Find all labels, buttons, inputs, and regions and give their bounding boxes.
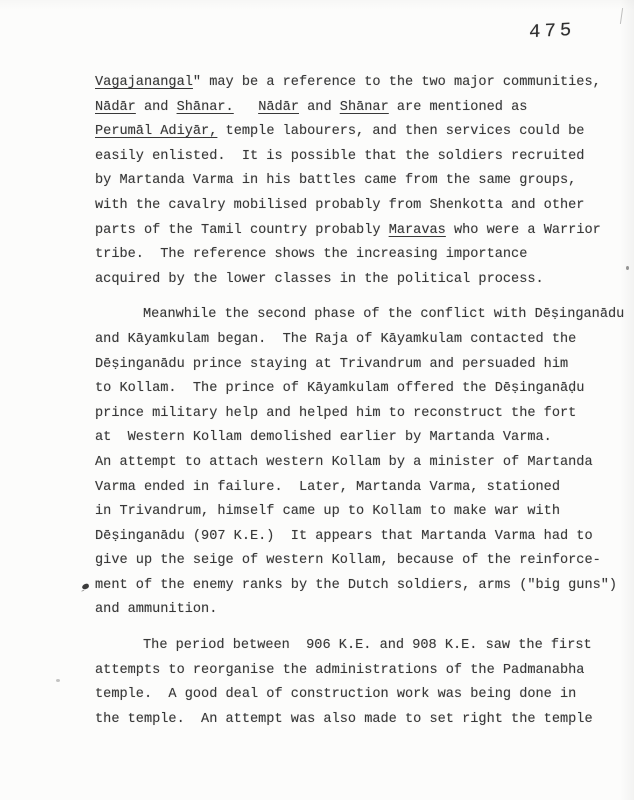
scratch-artifact <box>620 8 623 24</box>
text-run: tribe. The reference shows the increasin… <box>95 247 527 262</box>
text-run: at Western Kollam demolished earlier by … <box>95 430 552 445</box>
underlined-term: Vagajanangal <box>95 75 193 90</box>
text-run: with the cavalry mobilised probably from… <box>95 198 584 213</box>
text-run: " may be a reference to the two major co… <box>193 75 601 90</box>
text-line: Varma ended in failure. Later, Martanda … <box>95 476 630 501</box>
text-run: and <box>299 100 340 115</box>
text-line: attempts to reorganise the administratio… <box>95 659 630 684</box>
text-run: to Kollam. The prince of Kāyamkulam offe… <box>95 381 584 396</box>
text-run: in Trivandrum, himself came up to Kollam… <box>95 504 560 519</box>
text-run: parts of the Tamil country probably <box>95 223 389 238</box>
document-page: 475 Vagajanangal" may be a reference to … <box>0 0 634 800</box>
text-line: to Kollam. The prince of Kāyamkulam offe… <box>95 377 630 402</box>
text-line: acquired by the lower classes in the pol… <box>95 268 630 293</box>
text-line: temple. A good deal of construction work… <box>95 683 630 708</box>
text-run <box>234 100 258 115</box>
text-run: The period between 906 K.E. and 908 K.E.… <box>143 638 592 653</box>
underlined-term: Maravas <box>389 223 446 238</box>
text-line: Meanwhile the second phase of the confli… <box>95 303 630 328</box>
text-line: and Kāyamkulam began. The Raja of Kāyamk… <box>95 328 630 353</box>
paragraph: Vagajanangal" may be a reference to the … <box>95 71 630 292</box>
underlined-term: Nādār <box>95 100 136 115</box>
text-line: Perumāl Adiyār, temple labourers, and th… <box>95 120 630 145</box>
text-line: An attempt to attach western Kollam by a… <box>95 451 630 476</box>
text-run: Dēṣinganādu (907 K.E.) It appears that M… <box>95 529 593 544</box>
text-run: easily enlisted. It is possible that the… <box>95 149 584 164</box>
text-line: prince military help and helped him to r… <box>95 402 630 427</box>
text-line: and ammunition. <box>95 598 630 623</box>
text-run: temple. A good deal of construction work… <box>95 687 576 702</box>
paragraph: Meanwhile the second phase of the confli… <box>95 303 630 623</box>
text-run: prince military help and helped him to r… <box>95 406 576 421</box>
text-run: are mentioned as <box>389 100 528 115</box>
page-number: 475 <box>529 19 576 43</box>
ink-dot-artifact <box>56 679 60 682</box>
text-run: and ammunition. <box>95 602 217 617</box>
text-line: Dēṣinganādu (907 K.E.) It appears that M… <box>95 525 630 550</box>
text-line: Nādār and Shānar. Nādār and Shānar are m… <box>95 96 630 121</box>
text-run: attempts to reorganise the administratio… <box>95 663 584 678</box>
paragraph: The period between 906 K.E. and 908 K.E.… <box>95 634 630 732</box>
text-run: acquired by the lower classes in the pol… <box>95 272 544 287</box>
text-run: give up the seige of western Kollam, bec… <box>95 553 601 568</box>
text-run: temple labourers, and then services coul… <box>217 124 584 139</box>
text-line: in Trivandrum, himself came up to Kollam… <box>95 500 630 525</box>
text-run: Dēṣinganādu prince staying at Trivandrum… <box>95 357 568 372</box>
text-line: the temple. An attempt was also made to … <box>95 708 630 733</box>
text-run: Varma ended in failure. Later, Martanda … <box>95 480 560 495</box>
text-line: by Martanda Varma in his battles came fr… <box>95 169 630 194</box>
underlined-term: Perumāl Adiyār, <box>95 124 217 139</box>
underlined-term: Nādār <box>258 100 299 115</box>
text-run: Meanwhile the second phase of the confli… <box>143 307 624 322</box>
text-line: with the cavalry mobilised probably from… <box>95 194 630 219</box>
text-line: tribe. The reference shows the increasin… <box>95 243 630 268</box>
text-run: and Kāyamkulam began. The Raja of Kāyamk… <box>95 332 576 347</box>
text-run: ment of the enemy ranks by the Dutch sol… <box>95 578 617 593</box>
text-run: who were a Warrior <box>446 223 601 238</box>
text-line: The period between 906 K.E. and 908 K.E.… <box>95 634 630 659</box>
text-block: Vagajanangal" may be a reference to the … <box>95 71 630 743</box>
text-line: give up the seige of western Kollam, bec… <box>95 549 630 574</box>
text-run: the temple. An attempt was also made to … <box>95 712 593 727</box>
underlined-term: Shānar <box>340 100 389 115</box>
text-line: Vagajanangal" may be a reference to the … <box>95 71 630 96</box>
text-line: parts of the Tamil country probably Mara… <box>95 219 630 244</box>
ink-smudge-artifact <box>81 583 89 590</box>
text-run: and <box>136 100 177 115</box>
text-line: Dēṣinganādu prince staying at Trivandrum… <box>95 353 630 378</box>
underlined-term: Shānar. <box>177 100 234 115</box>
text-line: ment of the enemy ranks by the Dutch sol… <box>95 574 630 599</box>
text-run: An attempt to attach western Kollam by a… <box>95 455 593 470</box>
text-line: easily enlisted. It is possible that the… <box>95 145 630 170</box>
text-line: at Western Kollam demolished earlier by … <box>95 426 630 451</box>
text-run: by Martanda Varma in his battles came fr… <box>95 173 576 188</box>
